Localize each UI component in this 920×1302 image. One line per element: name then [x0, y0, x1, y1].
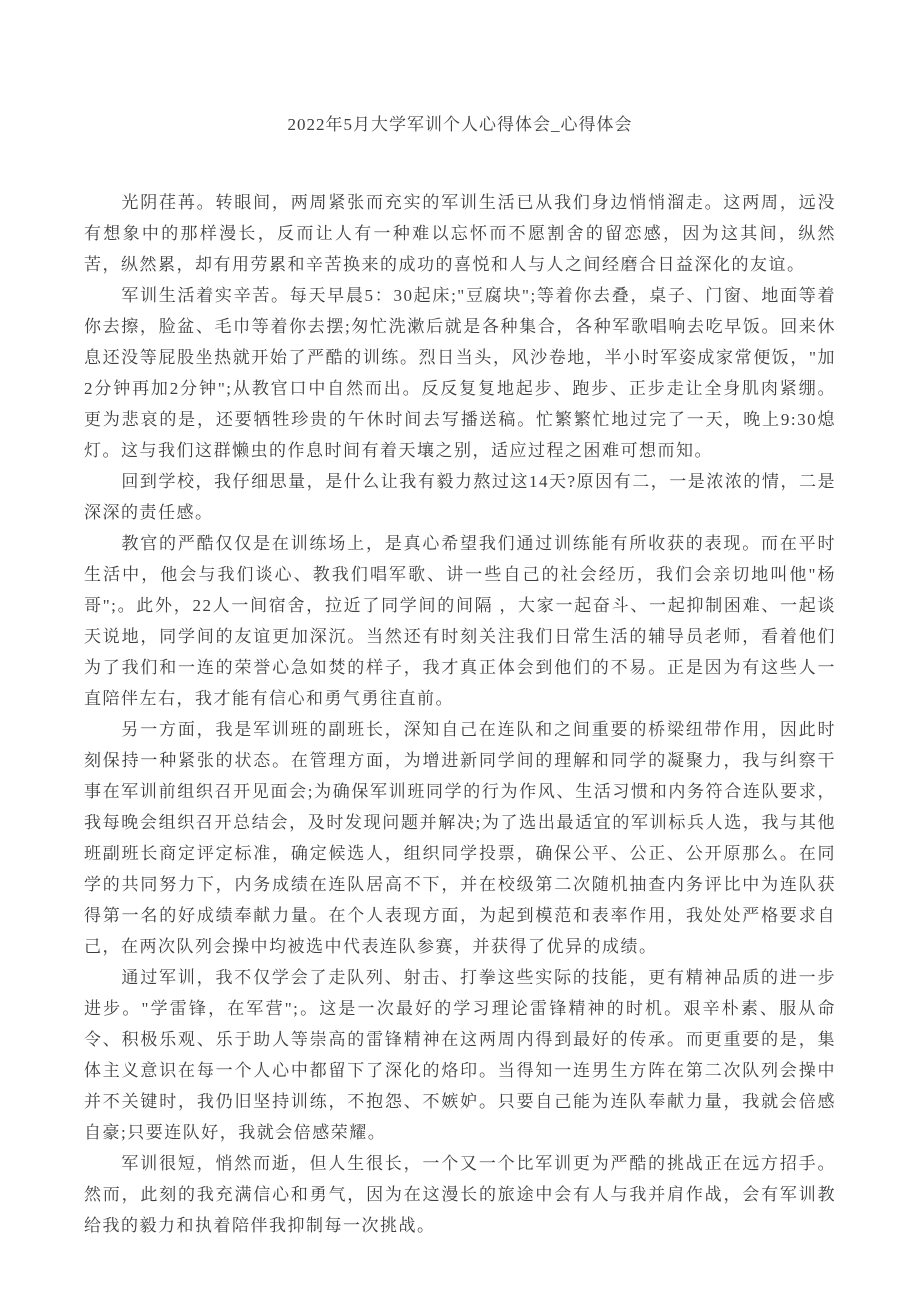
- paragraph-instructor-and-dorm: 教官的严酷仅仅是在训练场上，是真心希望我们通过训练能有所收获的表现。而在平时生活…: [84, 528, 836, 714]
- paragraph-two-reasons: 回到学校，我仔细思量，是什么让我有毅力熬过这14天?原因有二，一是浓浓的情，二是…: [84, 466, 836, 528]
- document-title: 2022年5月大学军训个人心得体会_心得体会: [0, 0, 920, 135]
- paragraph-skills-and-spirit: 通过军训，我不仅学会了走队列、射击、打拳这些实际的技能，更有精神品质的进一步进步…: [84, 962, 836, 1148]
- paragraph-intro: 光阴荏苒。转眼间，两周紧张而充实的军训生活已从我们身边悄悄溜走。这两周，远没有想…: [84, 187, 836, 280]
- paragraph-deputy-monitor-duties: 另一方面，我是军训班的副班长，深知自己在连队和之间重要的桥梁纽带作用，因此时刻保…: [84, 714, 836, 962]
- paragraph-conclusion: 军训很短，悄然而逝，但人生很长，一个又一个比军训更为严酷的挑战正在远方招手。然而…: [84, 1148, 836, 1241]
- document-page: 2022年5月大学军训个人心得体会_心得体会 光阴荏苒。转眼间，两周紧张而充实的…: [0, 0, 920, 1302]
- paragraph-daily-routine: 军训生活着实辛苦。每天早晨5：30起床;"豆腐块";等着你去叠，桌子、门窗、地面…: [84, 280, 836, 466]
- document-body: 光阴荏苒。转眼间，两周紧张而充实的军训生活已从我们身边悄悄溜走。这两周，远没有想…: [84, 187, 836, 1241]
